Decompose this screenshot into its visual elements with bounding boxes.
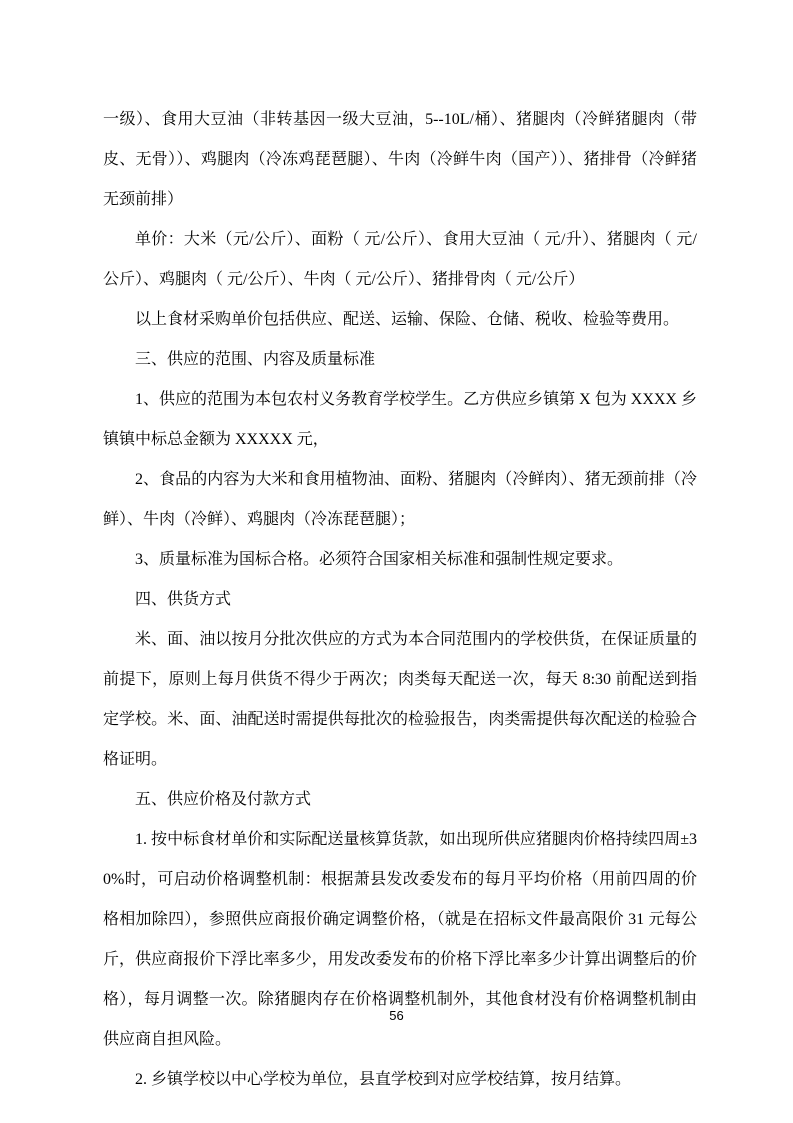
paragraph-price-includes: 以上食材采购单价包括供应、配送、运输、保险、仓储、税收、检验等费用。 bbox=[103, 300, 697, 340]
paragraph-food-content: 2、食品的内容为大米和食用植物油、面粉、猪腿肉（冷鲜肉）、猪无颈前排（冷鲜）、牛… bbox=[103, 460, 697, 540]
section-heading-4: 四、供货方式 bbox=[103, 580, 697, 620]
paragraph-unit-prices: 单价：大米（元/公斤）、面粉（ 元/公斤）、食用大豆油（ 元/升）、猪腿肉（ 元… bbox=[103, 220, 697, 300]
section-heading-3: 三、供应的范围、内容及质量标准 bbox=[103, 340, 697, 380]
paragraph-delivery-method: 米、面、油以按月分批次供应的方式为本合同范围内的学校供货，在保证质量的前提下，原… bbox=[103, 620, 697, 780]
paragraph-settlement: 2. 乡镇学校以中心学校为单位，县直学校到对应学校结算，按月结算。 bbox=[103, 1060, 697, 1100]
document-page: 一级）、食用大豆油（非转基因一级大豆油，5--10L/桶）、猪腿肉（冷鲜猪腿肉（… bbox=[0, 0, 793, 1123]
paragraph-continuation: 一级）、食用大豆油（非转基因一级大豆油，5--10L/桶）、猪腿肉（冷鲜猪腿肉（… bbox=[103, 100, 697, 220]
section-heading-5: 五、供应价格及付款方式 bbox=[103, 780, 697, 820]
paragraph-scope: 1、供应的范围为本包农村义务教育学校学生。乙方供应乡镇第 X 包为 XXXX 乡… bbox=[103, 380, 697, 460]
document-body: 一级）、食用大豆油（非转基因一级大豆油，5--10L/桶）、猪腿肉（冷鲜猪腿肉（… bbox=[103, 100, 697, 1100]
paragraph-quality-standard: 3、质量标准为国标合格。必须符合国家相关标准和强制性规定要求。 bbox=[103, 540, 697, 580]
page-number: 56 bbox=[0, 1006, 793, 1026]
